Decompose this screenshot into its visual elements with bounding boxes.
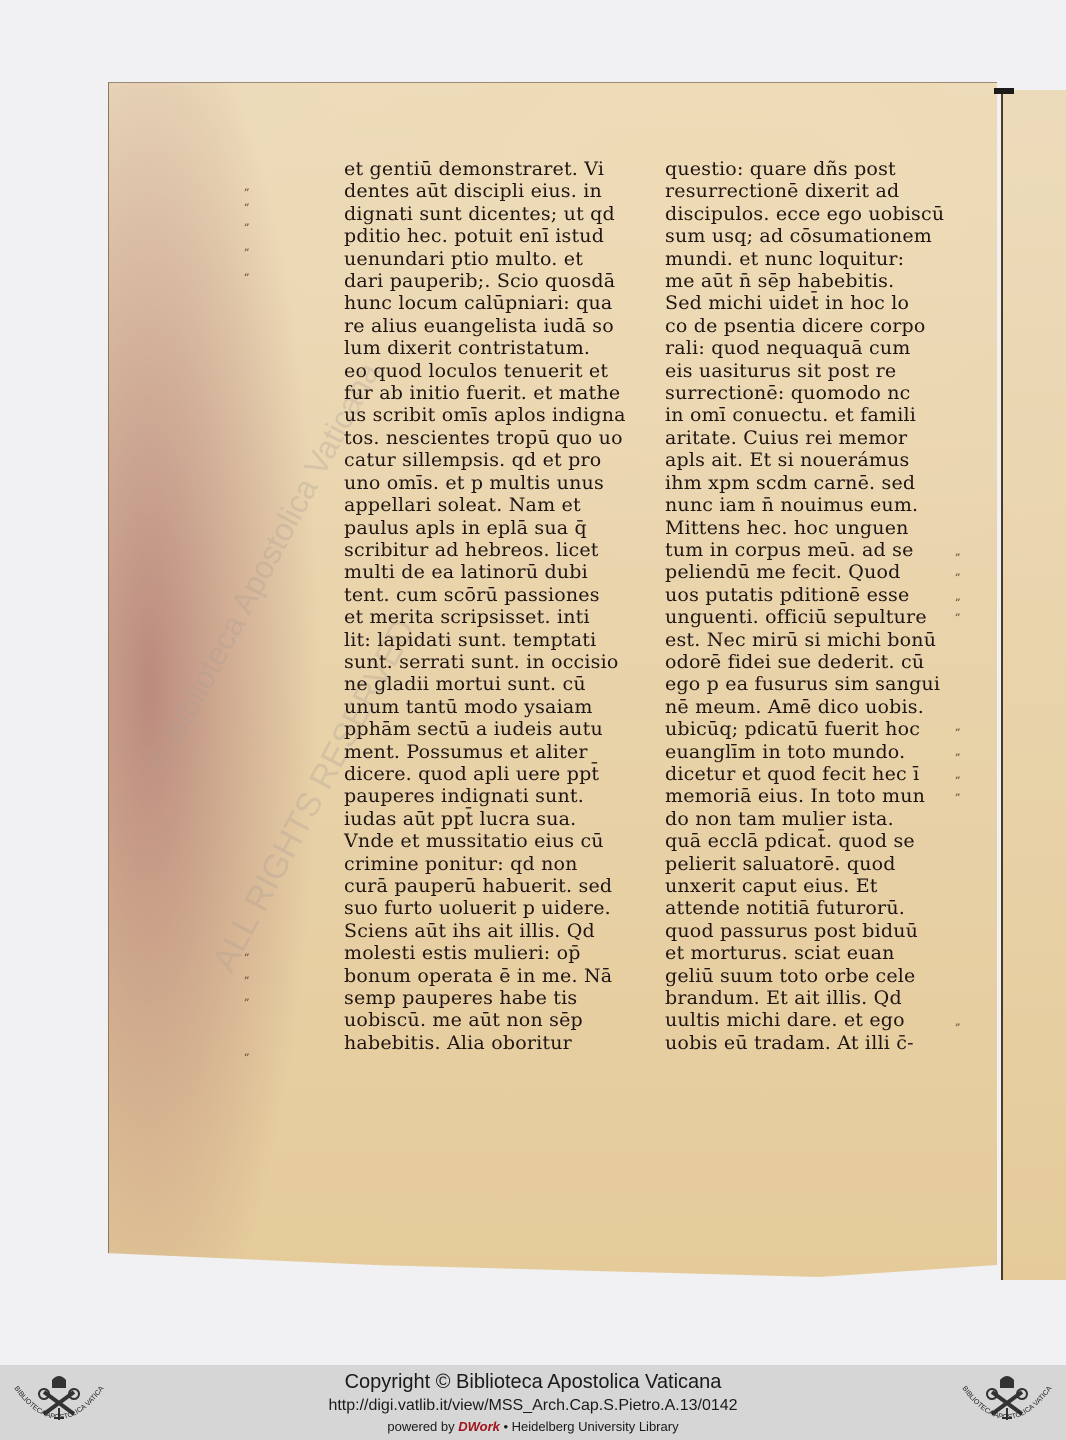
manuscript-line: molesti estis mulieri: op̄ [344,942,626,964]
manuscript-line: dentes aūt discipli eius. in [344,180,626,202]
manuscript-line: eo quod loculos tenuerit et [344,360,626,382]
manuscript-line: tent. cum scōrū passiones [344,584,626,606]
manuscript-line: questio: quare dñs post [665,158,944,180]
manuscript-line: do non tam mulier ista. [665,808,944,830]
manuscript-line: tos. nescientes tropū quo uo [344,427,626,449]
manuscript-line: iudas aūt ppt̄ lucra sua. [344,808,626,830]
vatican-library-logo-left: BIBLIOTECA APOSTOLICA VATICANA [4,1370,114,1436]
manuscript-scan: © Biblioteca Apostolica Vaticana ALL RIG… [0,0,1066,1365]
manuscript-line: resurrectionē dixerit ad [665,180,944,202]
manuscript-line: crimine ponitur: qd non [344,853,626,875]
manuscript-line: dignati sunt dicentes; ut qd [344,203,626,225]
manuscript-line: catur sillempsis. qd et pro [344,449,626,471]
margin-mark: „ [244,240,250,253]
manuscript-line: pphām sectū a iudeis autu [344,718,626,740]
papal-arms-icon: BIBLIOTECA APOSTOLICA VATICANA [952,1370,1062,1436]
dwork-brand[interactable]: DWork [458,1419,500,1434]
manuscript-line: euanglīm in toto mundo. [665,741,944,763]
manuscript-line: lit: lapidati sunt. temptati [344,629,626,651]
manuscript-line: brandum. Et ait illis. Qd [665,987,944,1009]
manuscript-line: Sed michi uidet̄ in hoc lo [665,292,944,314]
manuscript-line: geliū suum toto orbe cele [665,965,944,987]
manuscript-line: uobis eū tradam. At illi c̄- [665,1032,944,1054]
margin-mark: „ [955,768,961,781]
manuscript-line: attende notitiā futurorū. [665,897,944,919]
manuscript-line: ne gladii mortui sunt. cū [344,673,626,695]
next-folio-edge [1001,90,1066,1280]
manuscript-line: nunc iam n̄ nouimus eum. [665,494,944,516]
manuscript-line: et merita scripsisset. inti [344,606,626,628]
manuscript-line: suo furto uoluerit p uidere. [344,897,626,919]
manuscript-line: rali: quod nequaquā cum [665,337,944,359]
manuscript-line: aritate. Cuius rei memor [665,427,944,449]
text-column-left: et gentiū demonstraret. Videntes aūt dis… [344,158,626,1054]
manuscript-line: sunt. serrati sunt. in occisio [344,651,626,673]
manuscript-line: uos putatis pditionē esse [665,584,944,606]
manuscript-line: et morturus. sciat euan [665,942,944,964]
manuscript-line: odorē fidei sue dederit. cū [665,651,944,673]
copyright-text: Copyright © Biblioteca Apostolica Vatica… [0,1371,1066,1394]
manuscript-line: uultis michi dare. et ego [665,1009,944,1031]
footer-bar: Copyright © Biblioteca Apostolica Vatica… [0,1365,1066,1440]
manuscript-line: fur ab initio fuerit. et mathe [344,382,626,404]
manuscript-line: dicetur et quod fecit hec ī [665,763,944,785]
manuscript-line: pauperes indignati sunt. [344,785,626,807]
binding-clasp [994,88,1014,94]
manuscript-line: sum usq; ad cōsumationem [665,225,944,247]
margin-mark: „ [244,265,250,278]
margin-mark: „ [244,968,250,981]
manuscript-line: dicere. quod apli uere ppt̄ [344,763,626,785]
manuscript-line: eis uasiturus sit post re [665,360,944,382]
manuscript-line: unum tantū modo ysaiam [344,696,626,718]
margin-mark: „ [244,1045,250,1058]
manuscript-line: bonum operata ē in me. Nā [344,965,626,987]
margin-mark: „ [955,1015,961,1028]
margin-mark: „ [244,990,250,1003]
manuscript-line: pelierit saluatorē. quod [665,853,944,875]
manuscript-line: Sciens aūt ihs ait illis. Qd [344,920,626,942]
manuscript-line: quā ecclā pdicat̄. quod se [665,830,944,852]
source-url[interactable]: http://digi.vatlib.it/view/MSS_Arch.Cap.… [0,1397,1066,1415]
manuscript-line: multi de ea latinorū dubi [344,561,626,583]
margin-mark: „ [955,605,961,618]
manuscript-line: nē meum. Amē dico uobis. [665,696,944,718]
manuscript-line: semp pauperes habe tis [344,987,626,1009]
powered-suffix: • Heidelberg University Library [500,1419,679,1434]
margin-mark: „ [244,215,250,228]
manuscript-line: tum in corpus meū. ad se [665,539,944,561]
manuscript-line: co de psentia dicere corpo [665,315,944,337]
vatican-library-logo-right: BIBLIOTECA APOSTOLICA VATICANA [952,1370,1062,1436]
powered-prefix: powered by [387,1419,458,1434]
manuscript-line: curā pauperū habuerit. sed [344,875,626,897]
margin-mark: „ [955,565,961,578]
manuscript-line: uobiscū. me aūt non sēp [344,1009,626,1031]
manuscript-line: uno omīs. et p multis unus [344,472,626,494]
manuscript-line: in omī conuectu. et famili [665,404,944,426]
manuscript-line: pditio hec. potuit enī istud [344,225,626,247]
manuscript-line: ubicūq; pdicatū fuerit hoc [665,718,944,740]
margin-mark: „ [244,180,250,193]
manuscript-line: uenundari ptio multo. et [344,248,626,270]
manuscript-line: Vnde et mussitatio eius cū [344,830,626,852]
manuscript-line: us scribit omīs aplos indigna [344,404,626,426]
manuscript-line: quod passurus post biduū [665,920,944,942]
manuscript-line: unguenti. officiū sepulture [665,606,944,628]
manuscript-line: me aūt n̄ sēp habebitis. [665,270,944,292]
manuscript-line: ment. Possumus et aliter [344,741,626,763]
manuscript-line: peliendū me fecit. Quod [665,561,944,583]
manuscript-line: hunc locum calūpniari: qua [344,292,626,314]
manuscript-line: paulus apls in eplā sua q̄ [344,517,626,539]
manuscript-line: apls ait. Et si nouerámus [665,449,944,471]
manuscript-line: et gentiū demonstraret. Vi [344,158,626,180]
manuscript-line: dari pauperib;. Scio quosdā [344,270,626,292]
papal-arms-icon: BIBLIOTECA APOSTOLICA VATICANA [4,1370,114,1436]
manuscript-line: scribitur ad hebreos. licet [344,539,626,561]
margin-mark: „ [955,545,961,558]
manuscript-line: discipulos. ecce ego uobiscū [665,203,944,225]
manuscript-line: memoriā eius. In toto mun [665,785,944,807]
manuscript-line: appellari soleat. Nam et [344,494,626,516]
margin-mark: „ [244,195,250,208]
manuscript-line: ego p ea fusurus sim sangui [665,673,944,695]
margin-mark: „ [955,785,961,798]
manuscript-line: mundi. et nunc loquitur: [665,248,944,270]
manuscript-line: ihm xpm scdm carnē. sed [665,472,944,494]
margin-mark: „ [244,945,250,958]
margin-mark: „ [955,745,961,758]
manuscript-line: habebitis. Alia oboritur [344,1032,626,1054]
manuscript-line: Mittens hec. hoc unguen [665,517,944,539]
text-column-right: questio: quare dñs postresurrectionē dix… [665,158,944,1054]
manuscript-line: unxerit caput eius. Et [665,875,944,897]
manuscript-line: lum dixerit contristatum. [344,337,626,359]
manuscript-line: re alius euangelista iudā so [344,315,626,337]
manuscript-line: surrectionē: quomodo nc [665,382,944,404]
manuscript-line: est. Nec mirū si michi bonū [665,629,944,651]
margin-mark: „ [955,590,961,603]
margin-mark: „ [955,720,961,733]
powered-by: powered by DWork • Heidelberg University… [0,1419,1066,1434]
